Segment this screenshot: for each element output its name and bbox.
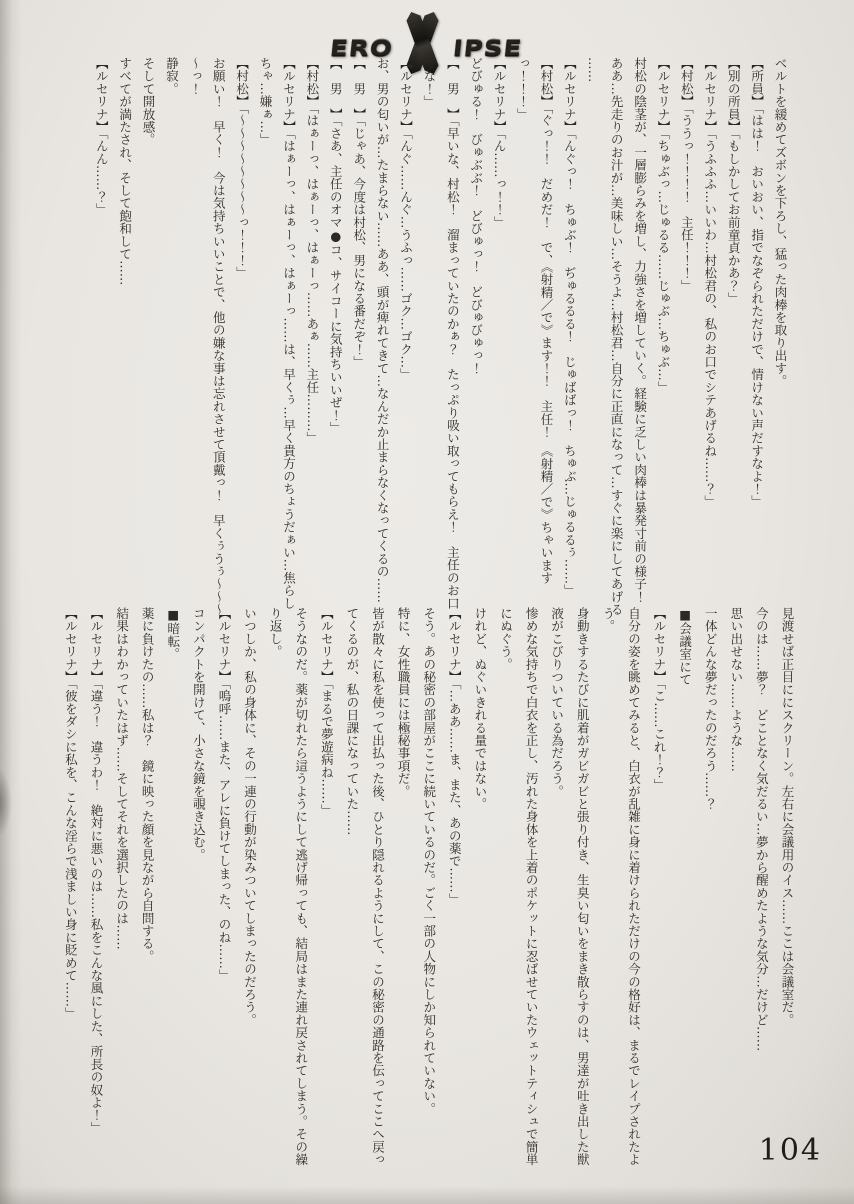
text-line: 村松の陰茎が、一層膨らみを増し、力強さを増していく。経験に乏しい肉棒は暴発寸前の…	[628, 57, 651, 625]
text-line: 【ルセリナ】「うふふふ…いいわ…村松君の、私のお口でシテあげるね……？」	[698, 57, 721, 625]
text-line: 【ルセリナ】「…ああ……ま、また、あの薬で……」	[442, 607, 468, 1179]
scan-bottom-shadow	[0, 1186, 854, 1204]
text-line: 【 男 】「さあ、主任のオマ●コ、サイコーに気持ちいいぜ！」	[324, 57, 347, 625]
bottom-text-block: 見渡せば正目ににスクリーン。左右に会議用のイス……ここは会議室だ。今のは……夢？…	[58, 607, 800, 1179]
text-line: 惨めな気持ちで白衣を正し、汚れた身体を上着のポケットに忍ばせていたウェットティシ…	[518, 607, 544, 1179]
text-line: 特に、女性職員には極秘事項だ。	[391, 607, 417, 1179]
text-line: けれど、ぬぐいきれる量ではない。	[467, 607, 493, 1179]
text-line: 思い出せない……ような……	[723, 607, 749, 1179]
text-line: にぬぐう。	[493, 607, 519, 1179]
text-line: てくるのが、私の日課になっていた……	[339, 607, 365, 1179]
text-line: 今のは……夢？ どことなく気だるい…夢から醒めたような気分…だけど……	[749, 607, 775, 1179]
text-line: り返し。	[263, 607, 289, 1179]
text-line: 液がこびりついている為だろう。	[544, 607, 570, 1179]
text-line: 【村松】「はぁーっ、はぁーっ、はぁーっ……あぁ……主任………」	[300, 57, 323, 625]
scanned-novel-page: ERO IPSE ベルトを緩めてズボンを下ろし、猛った肉棒を取り出す。【所員】「…	[0, 0, 854, 1204]
text-line: 見渡せば正目ににスクリーン。左右に会議用のイス……ここは会議室だ。	[774, 607, 800, 1179]
text-line: どびゅる！ びゅぶぶ！ どびゅっ！ どびゅびゅっ！	[464, 57, 487, 625]
text-line: 自分の姿を眺めてみると、白衣が乱雑に身に着けられただけの今の格好は、まるでレイプ…	[621, 607, 647, 1179]
text-line: そうなのだ。薬が切れたら這うようにして逃げ帰っても、結局はまた連れ戻されてしまう…	[288, 607, 314, 1179]
text-line: 結果はわかっていたはず……そしてそれを選択したのは……	[109, 607, 135, 1179]
text-line: いつしか、私の身体に、その一連の行動が染みついてしまったのだろう。	[237, 607, 263, 1179]
text-line: ■暗転。	[160, 607, 186, 1179]
text-line: 【ルセリナ】「彼をダシに私を、こんな淫らで浅ましい身に貶めて……」	[58, 607, 84, 1179]
text-line: ■会議室にて	[672, 607, 698, 1179]
text-line: そして開放感。	[137, 57, 160, 625]
text-line: すべてが満たされ、そして飽和して……	[113, 57, 136, 625]
scan-edge-shadow	[0, 0, 22, 1204]
text-line: コンパクトを開けて、小さな鏡を覗き込む。	[186, 607, 212, 1179]
text-line: 【ルセリナ】「こ……これ！？」	[646, 607, 672, 1179]
text-line: 身動きするたびに肌着がガビガビと張り付き、生臭い匂いをまき散らすのは、男達が吐き…	[570, 607, 596, 1179]
text-line: 【ルセリナ】「はぁーっ、はぁーっ、はぁーっ……は、早くぅ…早く貴方のちょうだぁい…	[277, 57, 300, 625]
text-line: 【ルセリナ】「んぐ……んぐ…うふっ……ゴク…ゴク…」	[394, 57, 417, 625]
text-line: っ！！！」	[511, 57, 534, 625]
text-line: 皆が散々に私を使って出払った後、ひとり隠れるようにして、この秘密の通路を伝ってこ…	[365, 607, 391, 1179]
text-line: ちゃ…嫌ぁ…」	[254, 57, 277, 625]
text-line: 一体どんな夢だったのだろう……？	[698, 607, 724, 1179]
text-line: 【 男 】「早いな、村松！ 溜まっていたのかぁ？ たっぷり吸い取ってもらえ！ 主…	[441, 57, 464, 625]
text-line: 【村松】「ううっ！！！！ 主任！！！」	[675, 57, 698, 625]
text-line: 【ルセリナ】「ちゅぶっ…じゅるる……じゅぶ…ちゅぶ…」	[652, 57, 675, 625]
text-line: 【村松】「～～～～～～～～っ！！！」	[230, 57, 253, 625]
text-line: 【 男 】「じゃあ、今度は村松、男になる番だぞ！」	[347, 57, 370, 625]
text-line: 【ルセリナ】「違う！ 違うわ！ 絶対に悪いのは……私をこんな風にした、所長の奴よ…	[83, 607, 109, 1179]
text-line: お願い！ 早く！ 今は気持ちいいことで、他の嫌な事は忘れさせて頂戴っ！ 早くぅう…	[207, 57, 230, 625]
text-line: 薬に負けたの……私は？ 鏡に映った顔を見ながら自問する。	[135, 607, 161, 1179]
text-line: 【ルセリナ】「まるで夢遊病ね……」	[314, 607, 340, 1179]
text-line: う。	[595, 607, 621, 1179]
text-line: 【ルセリナ】「ん……っ！！」	[488, 57, 511, 625]
text-line: 【ルセリナ】「んぐっ！ ちゅぶ！ ぢゅるるる！ じゅばばっ！ ちゅぶ…じゅるるぅ…	[558, 57, 581, 625]
text-line: ……	[581, 57, 604, 625]
text-line: 【村松】「ぐっ！！ だめだ！ で、《射精／で》ます！！ 主任！ 《射精／で》ちゃ…	[535, 57, 558, 625]
top-text-block: ベルトを緩めてズボンを下ろし、猛った肉棒を取り出す。【所員】「はは！ おいおい、…	[90, 57, 792, 625]
page-number: 104	[759, 1133, 822, 1168]
text-line: 【別の所員】「もしかしてお前童貞かあ？」	[722, 57, 745, 625]
text-line: ああ…先走りのお汁が…美味しい…そうよ…村松君…自分に正直になって…すぐに楽にし…	[605, 57, 628, 625]
text-line: 【ルセリナ】「んん……？」	[90, 57, 113, 625]
text-line: お、男の匂いが…たまらない……ああ、頭が痺れてきて…なんだか止まらなくなってくる…	[371, 57, 394, 625]
text-line: そう。あの秘密の部屋がここに続いているのだ。ごく一部の人物にしか知られていない。	[416, 607, 442, 1179]
text-line: ベルトを緩めてズボンを下ろし、猛った肉棒を取り出す。	[769, 57, 792, 625]
text-line: 静寂。	[160, 57, 183, 625]
scan-smudge	[0, 768, 12, 838]
text-line: 【所員】「はは！ おいおい、指でなぞられただけで、情けない声だすなよ！」	[745, 57, 768, 625]
text-line: でな！」	[418, 57, 441, 625]
text-line: 【ルセリナ】「嗚呼……また、アレに負けてしまった、のね……」	[211, 607, 237, 1179]
text-line: ～っ！	[183, 57, 206, 625]
